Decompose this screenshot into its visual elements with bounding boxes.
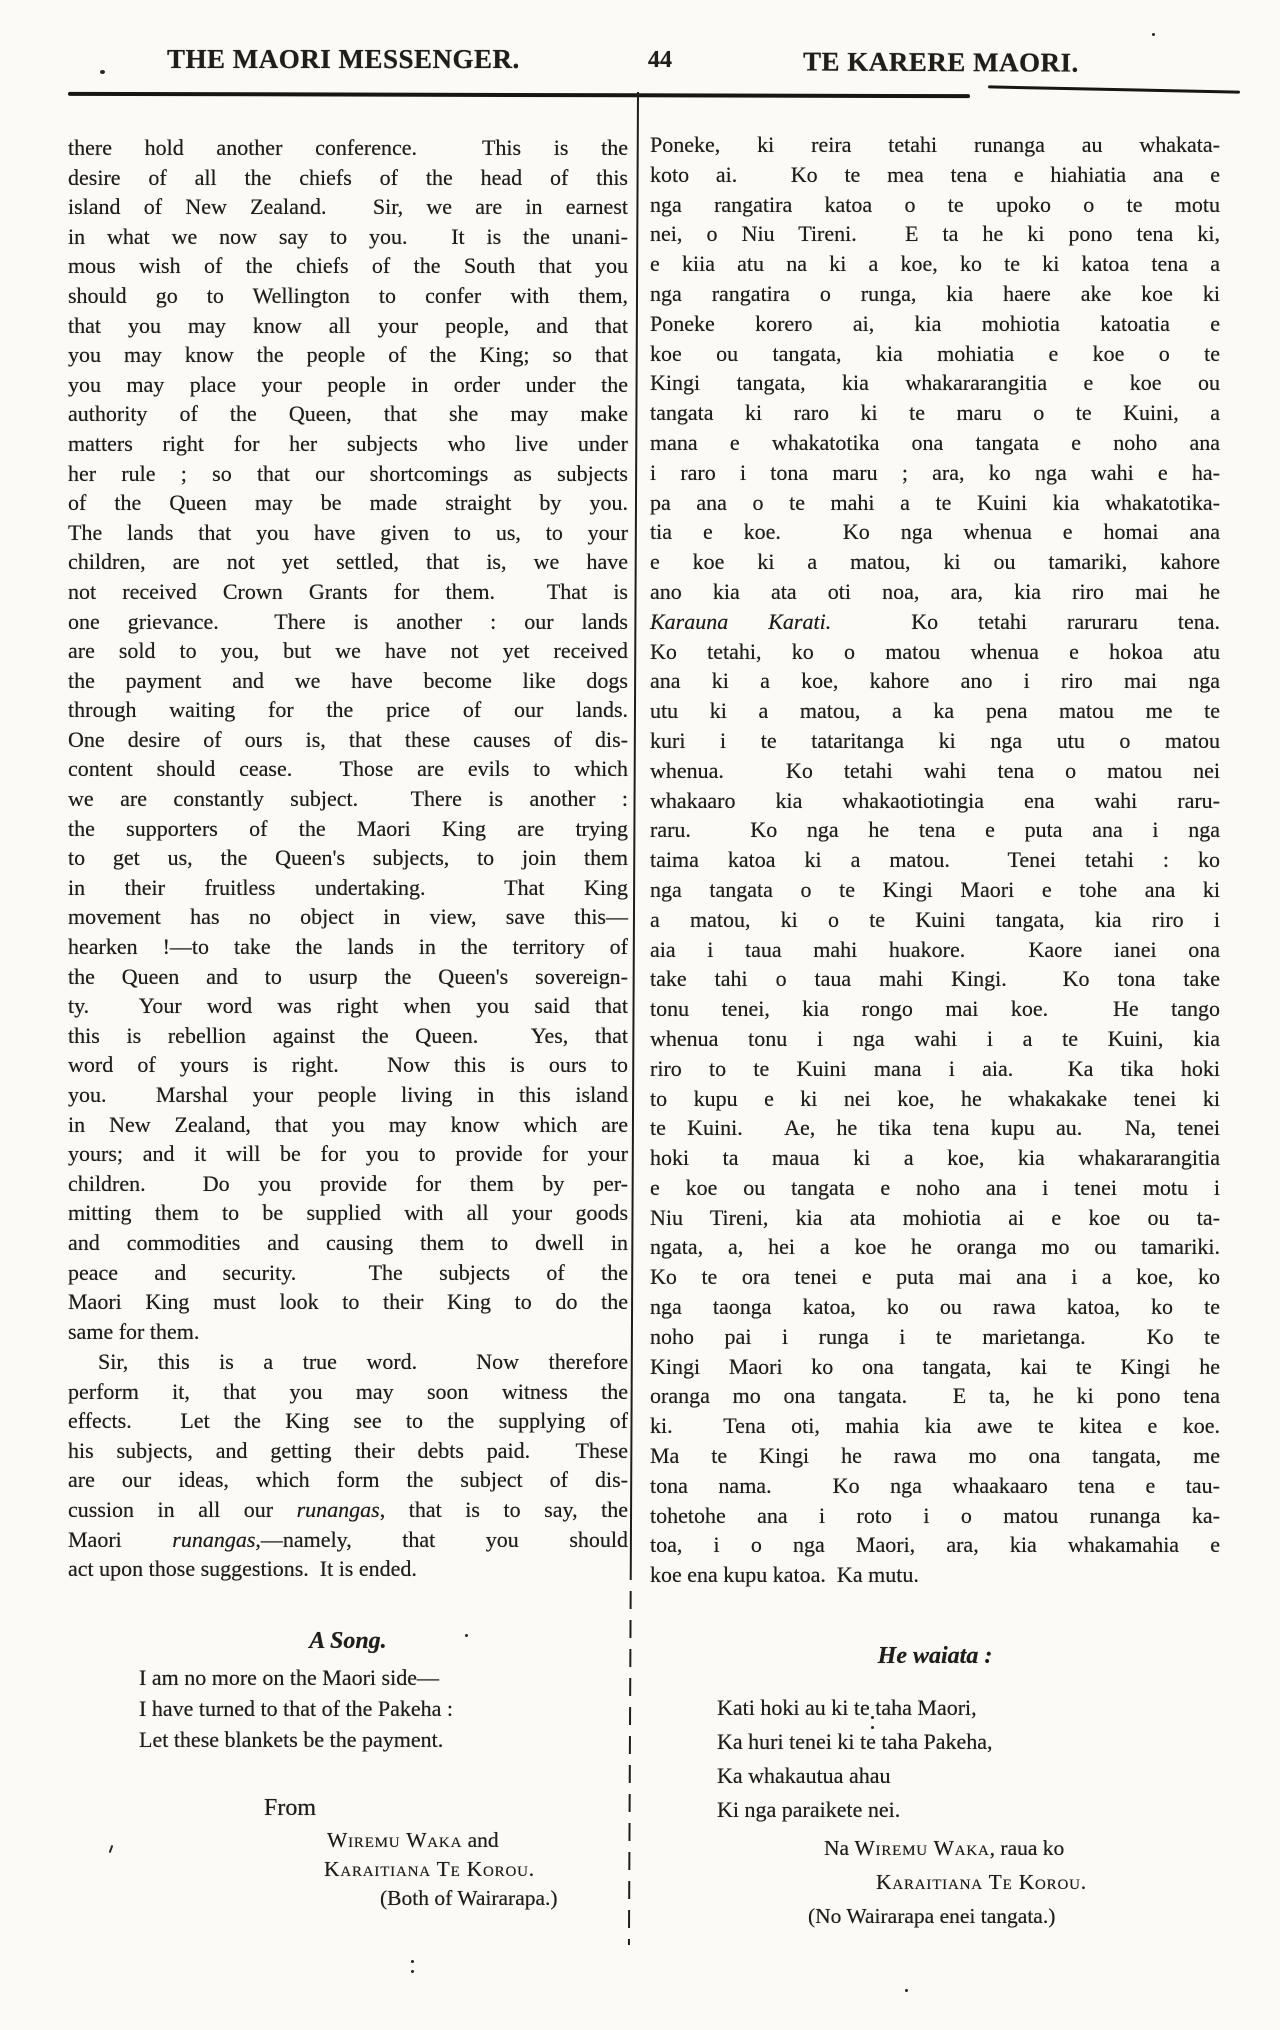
text-line: ty. Your word was right when you said th… bbox=[68, 991, 628, 1021]
text-line: mous wish of the chiefs of the South tha… bbox=[68, 251, 628, 281]
text-line: ana ki a koe, kahore ano i riro mai nga bbox=[650, 666, 1220, 696]
column-divider-dashed bbox=[628, 1562, 632, 1945]
text-line: not received Crown Grants for them. That… bbox=[68, 577, 628, 607]
text-line: e koe ki a matou, ki ou tamariki, kahore bbox=[650, 547, 1220, 577]
scan-speck bbox=[465, 1634, 468, 1637]
signature-line: Wiremu Waka and bbox=[327, 1826, 628, 1855]
text-line: a matou, ki o te Kuini tangata, kia riro… bbox=[650, 905, 1220, 935]
text-line: tonu tenei, kia rongo mai koe. He tango bbox=[650, 994, 1220, 1024]
text-line: that you may know all your people, and t… bbox=[68, 311, 628, 341]
text-line: you may know the people of the King; so … bbox=[68, 340, 628, 370]
text-line: koe ena kupu katoa. Ka mutu. bbox=[650, 1560, 1220, 1590]
text-line: content should cease. Those are evils to… bbox=[68, 754, 628, 784]
text-line: Niu Tireni, kia ata mohiotia ai e koe ou… bbox=[650, 1203, 1220, 1233]
maori-paragraph: Poneke, ki reira tetahi runanga au whaka… bbox=[650, 130, 1220, 1590]
text-line: children. Do you provide for them by per… bbox=[68, 1169, 628, 1199]
text-line: word of yours is right. Now this is ours… bbox=[68, 1050, 628, 1080]
text-line: island of New Zealand. Sir, we are in ea… bbox=[68, 192, 628, 222]
text-line: Karauna Karati. Ko tetahi raruraru tena. bbox=[650, 607, 1220, 637]
maori-song: Kati hoki au ki te taha Maori,Ka huri te… bbox=[650, 1691, 1220, 1827]
text-line: to get us, the Queen's subjects, to join… bbox=[68, 843, 628, 873]
text-line: raru. Ko nga he tena e puta ana i nga bbox=[650, 815, 1220, 845]
text-line: aia i taua mahi huakore. Kaore ianei ona bbox=[650, 935, 1220, 965]
text-line: Maori runangas,—namely, that you should bbox=[68, 1525, 628, 1555]
text-line: whenua. Ko tetahi wahi tena o matou nei bbox=[650, 756, 1220, 786]
text-line: hoki ta maua ki a koe, kia whakararangit… bbox=[650, 1143, 1220, 1173]
song-line: Ka huri tenei ki te taha Pakeha, bbox=[717, 1725, 1220, 1759]
text-line: tangata ki raro ki te maru o te Kuini, a bbox=[650, 398, 1220, 428]
text-line: should go to Wellington to confer with t… bbox=[68, 281, 628, 311]
text-line: One desire of ours is, that these causes… bbox=[68, 725, 628, 755]
page: THE MAORI MESSENGER. 44 TE KARERE MAORI.… bbox=[0, 0, 1280, 2030]
text-line: one grievance. There is another : our la… bbox=[68, 607, 628, 637]
text-line: matters right for her subjects who live … bbox=[68, 429, 628, 459]
scan-speck bbox=[411, 1970, 414, 1973]
text-line: to kupu e ki nei koe, he whakakake tenei… bbox=[650, 1084, 1220, 1114]
text-line: you may place your people in order under… bbox=[68, 370, 628, 400]
text-line: whakaaro kia whakaotiotingia ena wahi ra… bbox=[650, 786, 1220, 816]
text-line: nga taonga katoa, ko ou rawa katoa, ko t… bbox=[650, 1292, 1220, 1322]
text-line: of the Queen may be made straight by you… bbox=[68, 488, 628, 518]
signature-line: Na Wiremu Waka, raua ko bbox=[824, 1831, 1220, 1865]
scan-speck bbox=[411, 1960, 414, 1963]
maori-column: Poneke, ki reira tetahi runanga au whaka… bbox=[650, 0, 1220, 2030]
text-line: ki. Tena oti, mahia kia awe te kitea e k… bbox=[650, 1411, 1220, 1441]
text-line: ngata, a, hei a koe he oranga mo ou tama… bbox=[650, 1232, 1220, 1262]
text-line: Poneke, ki reira tetahi runanga au whaka… bbox=[650, 130, 1220, 160]
text-line: yours; and it will be for you to provide… bbox=[68, 1139, 628, 1169]
song-line: Let these blankets be the payment. bbox=[139, 1724, 628, 1755]
text-line: utu ki a matou, a ka pena matou me te bbox=[650, 696, 1220, 726]
text-line: Ma te Kingi he rawa mo ona tangata, me bbox=[650, 1441, 1220, 1471]
scan-speck bbox=[100, 70, 105, 74]
english-paragraph-2: Sir, this is a true word. Now thereforep… bbox=[68, 1347, 628, 1584]
text-line: e kiia atu na ki a koe, ko te ki katoa t… bbox=[650, 249, 1220, 279]
text-line: children, are not yet settled, that is, … bbox=[68, 547, 628, 577]
text-line: i raro i tona maru ; ara, ko nga wahi e … bbox=[650, 458, 1220, 488]
text-line: Ko tetahi, ko o matou whenua e hokoa atu bbox=[650, 637, 1220, 667]
text-line: Kingi tangata, kia whakararangitia e koe… bbox=[650, 368, 1220, 398]
scan-speck bbox=[871, 1726, 874, 1729]
text-line: in New Zealand, that you may know which … bbox=[68, 1110, 628, 1140]
text-line: are sold to you, but we have not yet rec… bbox=[68, 636, 628, 666]
song-line: Ka whakautua ahau bbox=[717, 1759, 1220, 1793]
text-line: through waiting for the price of our lan… bbox=[68, 695, 628, 725]
text-line: e koe ou tangata e noho ana i tenei motu… bbox=[650, 1173, 1220, 1203]
text-line: taima katoa ki a matou. Tenei tetahi : k… bbox=[650, 845, 1220, 875]
text-line: oranga mo ona tangata. E ta, he ki pono … bbox=[650, 1381, 1220, 1411]
signature-line: (Both of Wairarapa.) bbox=[380, 1884, 628, 1913]
text-line: cussion in all our runangas, that is to … bbox=[68, 1495, 628, 1525]
text-line: Ko te ora tenei e puta mai ana i a koe, … bbox=[650, 1262, 1220, 1292]
maori-song-heading: He waiata : bbox=[650, 1643, 1220, 1670]
text-line: nga rangatira katoa o te upoko o te motu bbox=[650, 190, 1220, 220]
text-line: nei, o Niu Tireni. E ta he ki pono tena … bbox=[650, 219, 1220, 249]
text-line: her rule ; so that our shortcomings as s… bbox=[68, 459, 628, 489]
text-line: the Queen and to usurp the Queen's sover… bbox=[68, 962, 628, 992]
text-line: authority of the Queen, that she may mak… bbox=[68, 399, 628, 429]
text-line: tohetohe ana i roto i o matou runanga ka… bbox=[650, 1501, 1220, 1531]
text-line: pa ana o te mahi a te Kuini kia whakatot… bbox=[650, 488, 1220, 518]
signature-line: Karaitiana Te Korou. bbox=[876, 1865, 1220, 1899]
song-line: I am no more on the Maori side— bbox=[139, 1662, 628, 1693]
scan-speck bbox=[871, 1716, 874, 1719]
english-song: I am no more on the Maori side—I have tu… bbox=[68, 1662, 628, 1755]
text-line: nga rangatira o runga, kia haere ake koe… bbox=[650, 279, 1220, 309]
text-line: peace and security. The subjects of the bbox=[68, 1258, 628, 1288]
text-line: are our ideas, which form the subject of… bbox=[68, 1465, 628, 1495]
text-line: mitting them to be supplied with all you… bbox=[68, 1198, 628, 1228]
text-line: this is rebellion against the Queen. Yes… bbox=[68, 1021, 628, 1051]
song-line: I have turned to that of the Pakeha : bbox=[139, 1693, 628, 1724]
text-line: ano kia ata oti noa, ara, kia riro mai h… bbox=[650, 577, 1220, 607]
text-line: riro to te Kuini mana i aia. Ka tika hok… bbox=[650, 1054, 1220, 1084]
text-line: Kingi Maori ko ona tangata, kai te Kingi… bbox=[650, 1352, 1220, 1382]
text-line: effects. Let the King see to the supplyi… bbox=[68, 1406, 628, 1436]
text-line: tia e koe. Ko nga whenua e homai ana bbox=[650, 517, 1220, 547]
text-line: tona nama. Ko nga whaakaaro tena e tau- bbox=[650, 1471, 1220, 1501]
scan-speck bbox=[1152, 33, 1155, 36]
scan-speck bbox=[905, 1989, 908, 1992]
text-line: in their fruitless undertaking. That Kin… bbox=[68, 873, 628, 903]
english-column: there hold another conference. This is t… bbox=[68, 0, 628, 2030]
text-line: the supporters of the Maori King are try… bbox=[68, 814, 628, 844]
text-line: perform it, that you may soon witness th… bbox=[68, 1377, 628, 1407]
text-line: koto ai. Ko te mea tena e hiahiatia ana … bbox=[650, 160, 1220, 190]
text-line: desire of all the chiefs of the head of … bbox=[68, 163, 628, 193]
text-line: kuri i te tataritanga ki nga utu o matou bbox=[650, 726, 1220, 756]
english-song-heading: A Song. bbox=[68, 1628, 628, 1655]
text-line: in what we now say to you. It is the una… bbox=[68, 222, 628, 252]
text-line: Poneke korero ai, kia mohiotia katoatia … bbox=[650, 309, 1220, 339]
text-line: noho pai i runga i te marietanga. Ko te bbox=[650, 1322, 1220, 1352]
text-line: mana e whakatotika ona tangata e noho an… bbox=[650, 428, 1220, 458]
text-line: te Kuini. Ae, he tika tena kupu au. Na, … bbox=[650, 1113, 1220, 1143]
english-paragraph-1: there hold another conference. This is t… bbox=[68, 133, 628, 1346]
column-divider-solid bbox=[630, 92, 639, 1562]
text-line: his subjects, and getting their debts pa… bbox=[68, 1436, 628, 1466]
text-line: whenua tonu i nga wahi i a te Kuini, kia bbox=[650, 1024, 1220, 1054]
text-line: Maori King must look to their King to do… bbox=[68, 1287, 628, 1317]
english-signature: Wiremu Waka andKaraitiana Te Korou.(Both… bbox=[68, 1826, 628, 1913]
signature-line: (No Wairarapa enei tangata.) bbox=[808, 1899, 1220, 1933]
text-line: movement has no object in view, save thi… bbox=[68, 902, 628, 932]
text-line: toa, i o nga Maori, ara, kia whakamahia … bbox=[650, 1530, 1220, 1560]
text-line: there hold another conference. This is t… bbox=[68, 133, 628, 163]
text-line: koe ou tangata, kia mohiatia e koe o te bbox=[650, 339, 1220, 369]
song-line: Kati hoki au ki te taha Maori, bbox=[717, 1691, 1220, 1725]
text-line: we are constantly subject. There is anot… bbox=[68, 784, 628, 814]
signature-line: Karaitiana Te Korou. bbox=[324, 1855, 628, 1884]
column-divider bbox=[628, 92, 639, 1945]
maori-signature: Na Wiremu Waka, raua koKaraitiana Te Kor… bbox=[650, 1831, 1220, 1933]
text-line: take tahi o taua mahi Kingi. Ko tona tak… bbox=[650, 964, 1220, 994]
text-line: and commodities and causing them to dwel… bbox=[68, 1228, 628, 1258]
text-line: nga tangata o te Kingi Maori e tohe ana … bbox=[650, 875, 1220, 905]
text-line: hearken !—to take the lands in the terri… bbox=[68, 932, 628, 962]
text-line: act upon those suggestions. It is ended. bbox=[68, 1554, 628, 1584]
text-line: you. Marshal your people living in this … bbox=[68, 1080, 628, 1110]
text-line: Sir, this is a true word. Now therefore bbox=[68, 1347, 628, 1377]
text-line: the payment and we have become like dogs bbox=[68, 666, 628, 696]
text-line: same for them. bbox=[68, 1317, 628, 1347]
song-line: Ki nga paraikete nei. bbox=[717, 1793, 1220, 1827]
text-line: The lands that you have given to us, to … bbox=[68, 518, 628, 548]
